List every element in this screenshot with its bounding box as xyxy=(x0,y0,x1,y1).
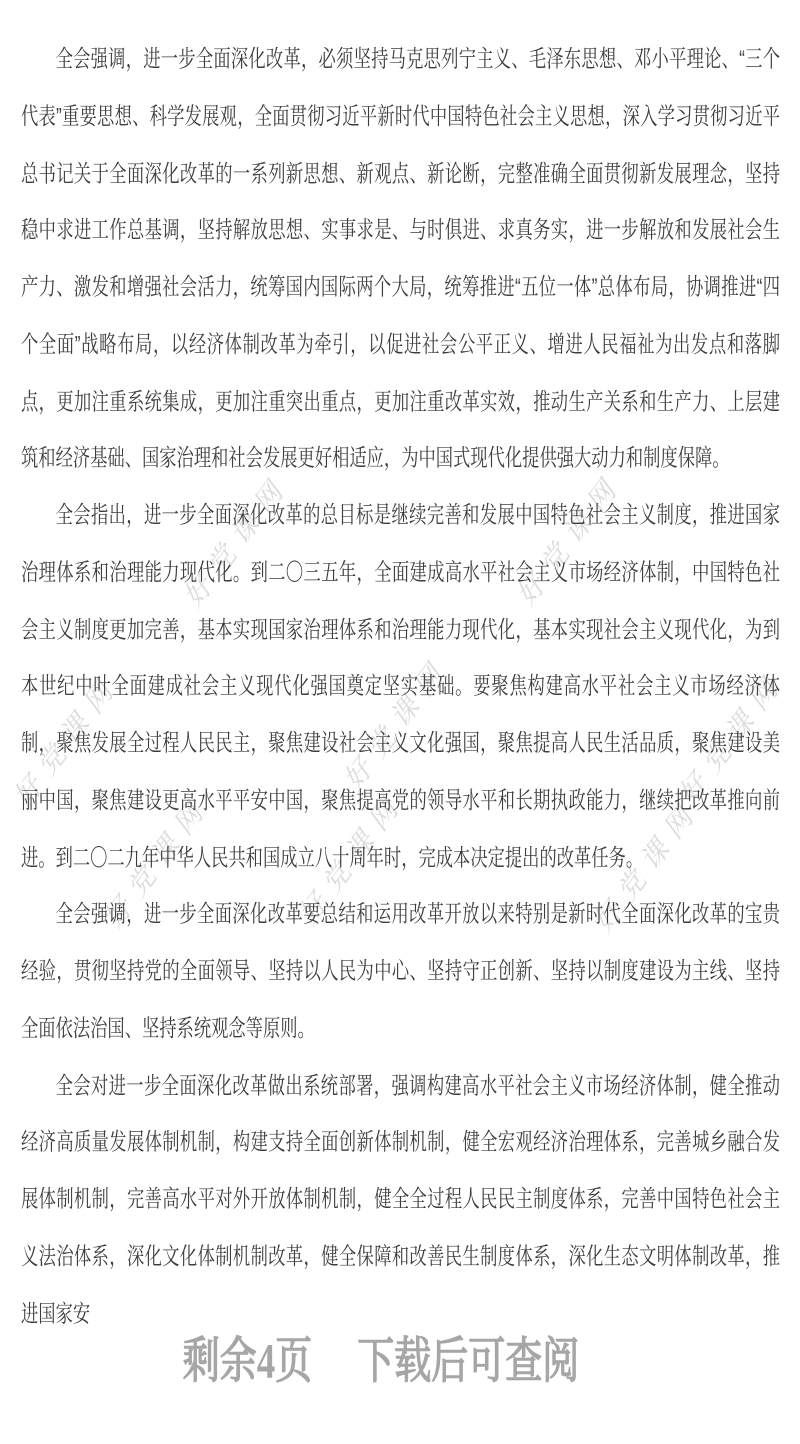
document-paragraph: 全会对进一步全面深化改革做出系统部署，强调构建高水平社会主义市场经济体制，健全推… xyxy=(21,1057,780,1342)
download-note-label: 下载后可查阅 xyxy=(357,1335,579,1390)
remaining-pages-label: 剩余4页 xyxy=(183,1335,313,1390)
document-paragraph: 全会强调，进一步全面深化改革，必须坚持马克思列宁主义、毛泽东思想、邓小平理论、“… xyxy=(21,31,780,487)
preview-footer-text: 剩余4页下载后可查阅 xyxy=(183,1336,580,1390)
preview-footer: 剩余4页下载后可查阅 xyxy=(0,1336,800,1390)
document-paragraph: 全会指出，进一步全面深化改革的总目标是继续完善和发展中国特色社会主义制度，推进国… xyxy=(21,487,780,886)
document-paragraph: 全会强调，进一步全面深化改革要总结和运用改革开放以来特别是新时代全面深化改革的宝… xyxy=(21,886,780,1057)
document-canvas: 好党课网 好党课网 好党课网 好党课网 好党课网 好党课网 好党课网 好党课网 … xyxy=(0,0,800,1444)
document-body: 全会强调，进一步全面深化改革，必须坚持马克思列宁主义、毛泽东思想、邓小平理论、“… xyxy=(0,0,800,1342)
